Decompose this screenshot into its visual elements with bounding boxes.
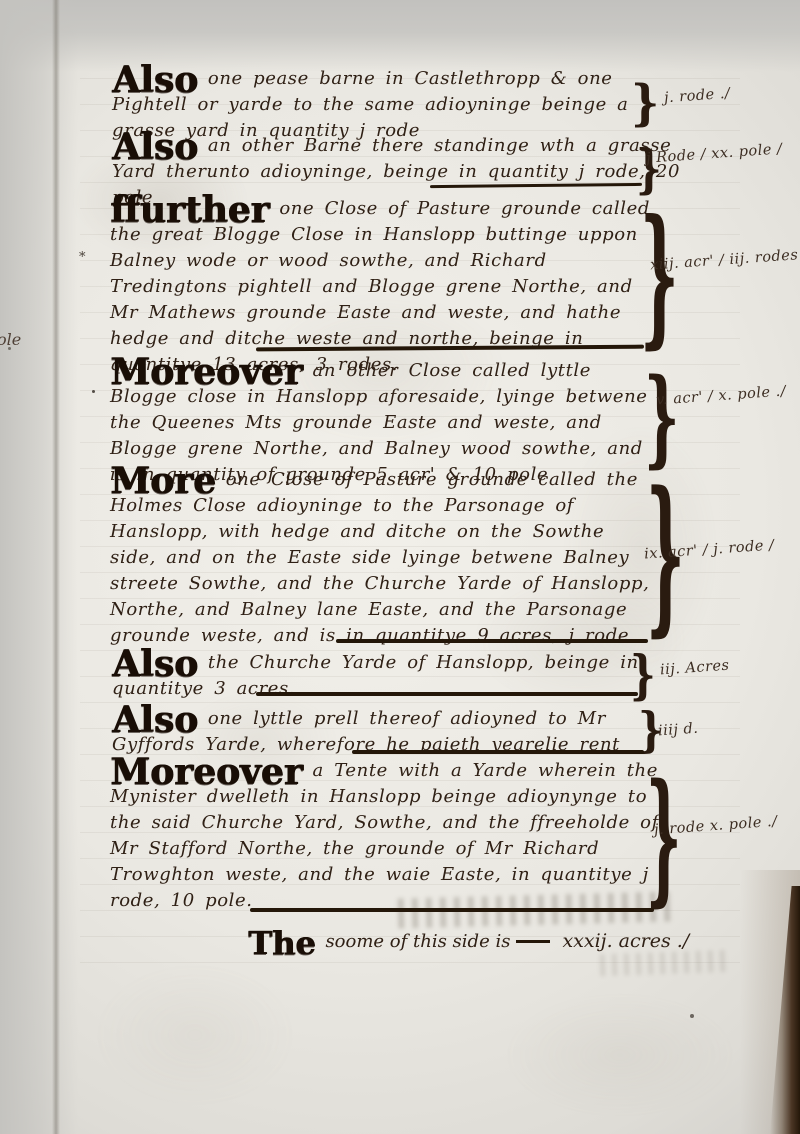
sum-dash-stroke [516, 940, 550, 943]
ink-dot [92, 390, 95, 393]
entry: Moreone Close of Pasture grounde called … [110, 467, 658, 649]
entry-brace: } [631, 80, 659, 128]
filler-stroke [256, 692, 638, 696]
filler-stroke [352, 750, 644, 754]
ink-dot [690, 1014, 694, 1018]
sum-value: xxxij. acres ./ [562, 930, 689, 952]
sum-initial: The [248, 924, 315, 962]
entry-text: one Close of Pasture grounde called the … [110, 469, 649, 646]
gutter-fold-line [52, 0, 60, 1134]
entry: Moreovera Tente with a Yarde wherein the… [110, 758, 662, 914]
manuscript-page: Alsoone pease barne in Castlethropp & on… [0, 0, 800, 1134]
entry-brace: } [644, 364, 679, 469]
sum-line: Thesoome of this side isxxxij. acres ./ [248, 930, 689, 952]
entry-brace: } [640, 202, 679, 352]
bleedthrough-ghost [500, 990, 740, 1120]
left-edge-fragment: ole [0, 330, 21, 349]
asterisk-mark: * [79, 250, 86, 265]
filler-stroke [250, 908, 654, 912]
scan-gutter-shadow [0, 0, 78, 1134]
ink-dot [8, 347, 11, 350]
bleedthrough-ghost [90, 960, 300, 1110]
margin-annotation: iiij d. [657, 721, 698, 740]
filler-stroke [336, 639, 648, 643]
sum-text: soome of this side is [325, 931, 510, 952]
